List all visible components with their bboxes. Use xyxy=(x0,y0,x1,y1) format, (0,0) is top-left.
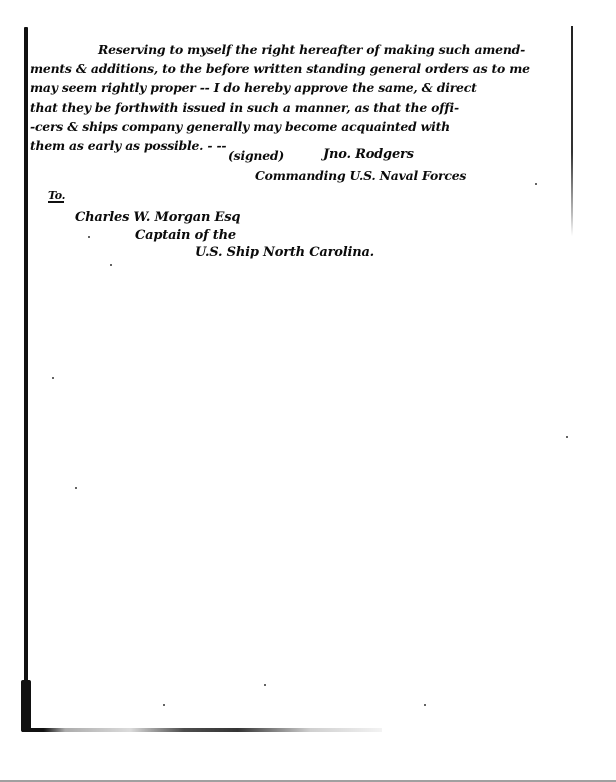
to-label: To. xyxy=(48,190,65,201)
letter-body-line-4: that they be forthwith issued in such a … xyxy=(30,102,459,114)
addressee-ship: U.S. Ship North Carolina. xyxy=(195,246,374,259)
scanned-page: Reserving to myself the right hereafter … xyxy=(0,0,616,780)
page-right-edge xyxy=(571,26,573,236)
scan-speck xyxy=(424,704,426,706)
letter-body-line-6: them as early as possible. - -- xyxy=(30,140,226,152)
scan-speck xyxy=(566,436,568,438)
scan-speck xyxy=(535,183,537,185)
scan-speck xyxy=(163,704,165,706)
page-corner-shadow xyxy=(21,680,31,732)
signatory-name: Jno. Rodgers xyxy=(323,148,414,161)
page-bottom-edge xyxy=(22,728,382,732)
letter-body-line-2: ments & additions, to the before written… xyxy=(30,63,530,75)
addressee-position: Captain of the xyxy=(135,229,236,242)
signatory-title: Commanding U.S. Naval Forces xyxy=(255,170,466,182)
to-underline xyxy=(48,201,64,203)
letter-body-line-1: Reserving to myself the right hereafter … xyxy=(98,44,525,56)
page-left-edge xyxy=(24,27,28,732)
signed-label: (signed) xyxy=(228,150,284,162)
scan-speck xyxy=(52,377,54,379)
scan-speck xyxy=(264,684,266,686)
scan-speck xyxy=(110,264,112,266)
letter-body-line-3: may seem rightly proper -- I do hereby a… xyxy=(30,82,477,94)
addressee-name: Charles W. Morgan Esq xyxy=(75,211,240,224)
letter-body-line-5: -cers & ships company generally may beco… xyxy=(30,121,450,133)
scan-speck xyxy=(88,236,90,238)
scan-speck xyxy=(75,487,77,489)
